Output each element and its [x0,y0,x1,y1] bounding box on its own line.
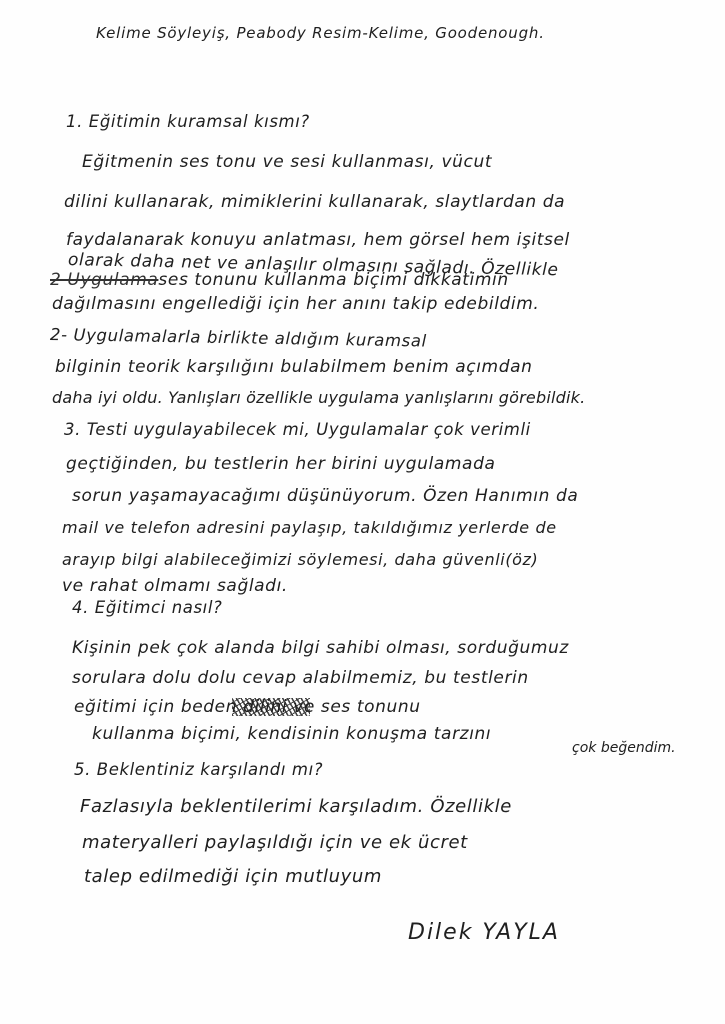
handwritten-page: Kelime Söyleyiş, Peabody Resim-Kelime, G… [0,0,725,1024]
answer-line: ve rahat olmamı sağladı. [62,576,288,596]
document-title: Kelime Söyleyiş, Peabody Resim-Kelime, G… [96,24,545,42]
question-4: 4. Eğitimci nasıl? [72,598,222,617]
answer-line: geçtiğinden, bu testlerin her birini uyg… [66,454,495,474]
answer-line-with-strikeout: 2 Uygulamases tonunu kullanma biçimi dik… [50,270,509,290]
struck-text: 2 Uygulama [50,270,158,290]
answer-line: arayıp bilgi alabileceğimizi söylemesi, … [62,550,538,569]
answer-line: Eğitmenin ses tonu ve sesi kullanması, v… [82,152,492,172]
answer-line: talep edilmediği için mutluyum [84,866,382,887]
question-1: 1. Eğitimin kuramsal kısmı? [66,112,310,131]
question-2: 2- Uygulamalarla birlikte aldığım kurams… [50,325,427,351]
question-5: 5. Beklentiniz karşılandı mı? [74,760,323,779]
answer-line: dilini kullanarak, mimiklerini kullanara… [64,192,565,212]
answer-line: sorulara dolu dolu cevap alabilmemiz, bu… [72,668,529,688]
answer-line: Kişinin pek çok alanda bilgi sahibi olma… [72,638,569,658]
answer-text: ses tonunu kullanma biçimi dikkatimin [158,270,508,290]
answer-line: faydalanarak konuyu anlatması, hem görse… [66,230,570,250]
margin-note: çok beğendim. [572,740,676,756]
answer-line: Fazlasıyla beklentilerimi karşıladım. Öz… [80,796,512,817]
answer-line: kullanma biçimi, kendisinin konuşma tarz… [92,724,491,744]
answer-line: dağılmasını engellediği için her anını t… [52,294,539,314]
answer-line: bilginin teorik karşılığını bulabilmem b… [55,357,532,377]
answer-line: sorun yaşamayacağımı düşünüyorum. Özen H… [72,486,578,506]
signature: Dilek YAYLA [408,920,560,945]
answer-line: daha iyi oldu. Yanlışları özellikle uygu… [52,388,585,407]
scribbled-out-word [232,698,310,716]
answer-line: mail ve telefon adresini paylaşıp, takıl… [62,518,557,537]
answer-line: materyalleri paylaşıldığı için ve ek ücr… [82,832,468,853]
question-3: 3. Testi uygulayabilecek mi, Uygulamalar… [64,420,531,439]
